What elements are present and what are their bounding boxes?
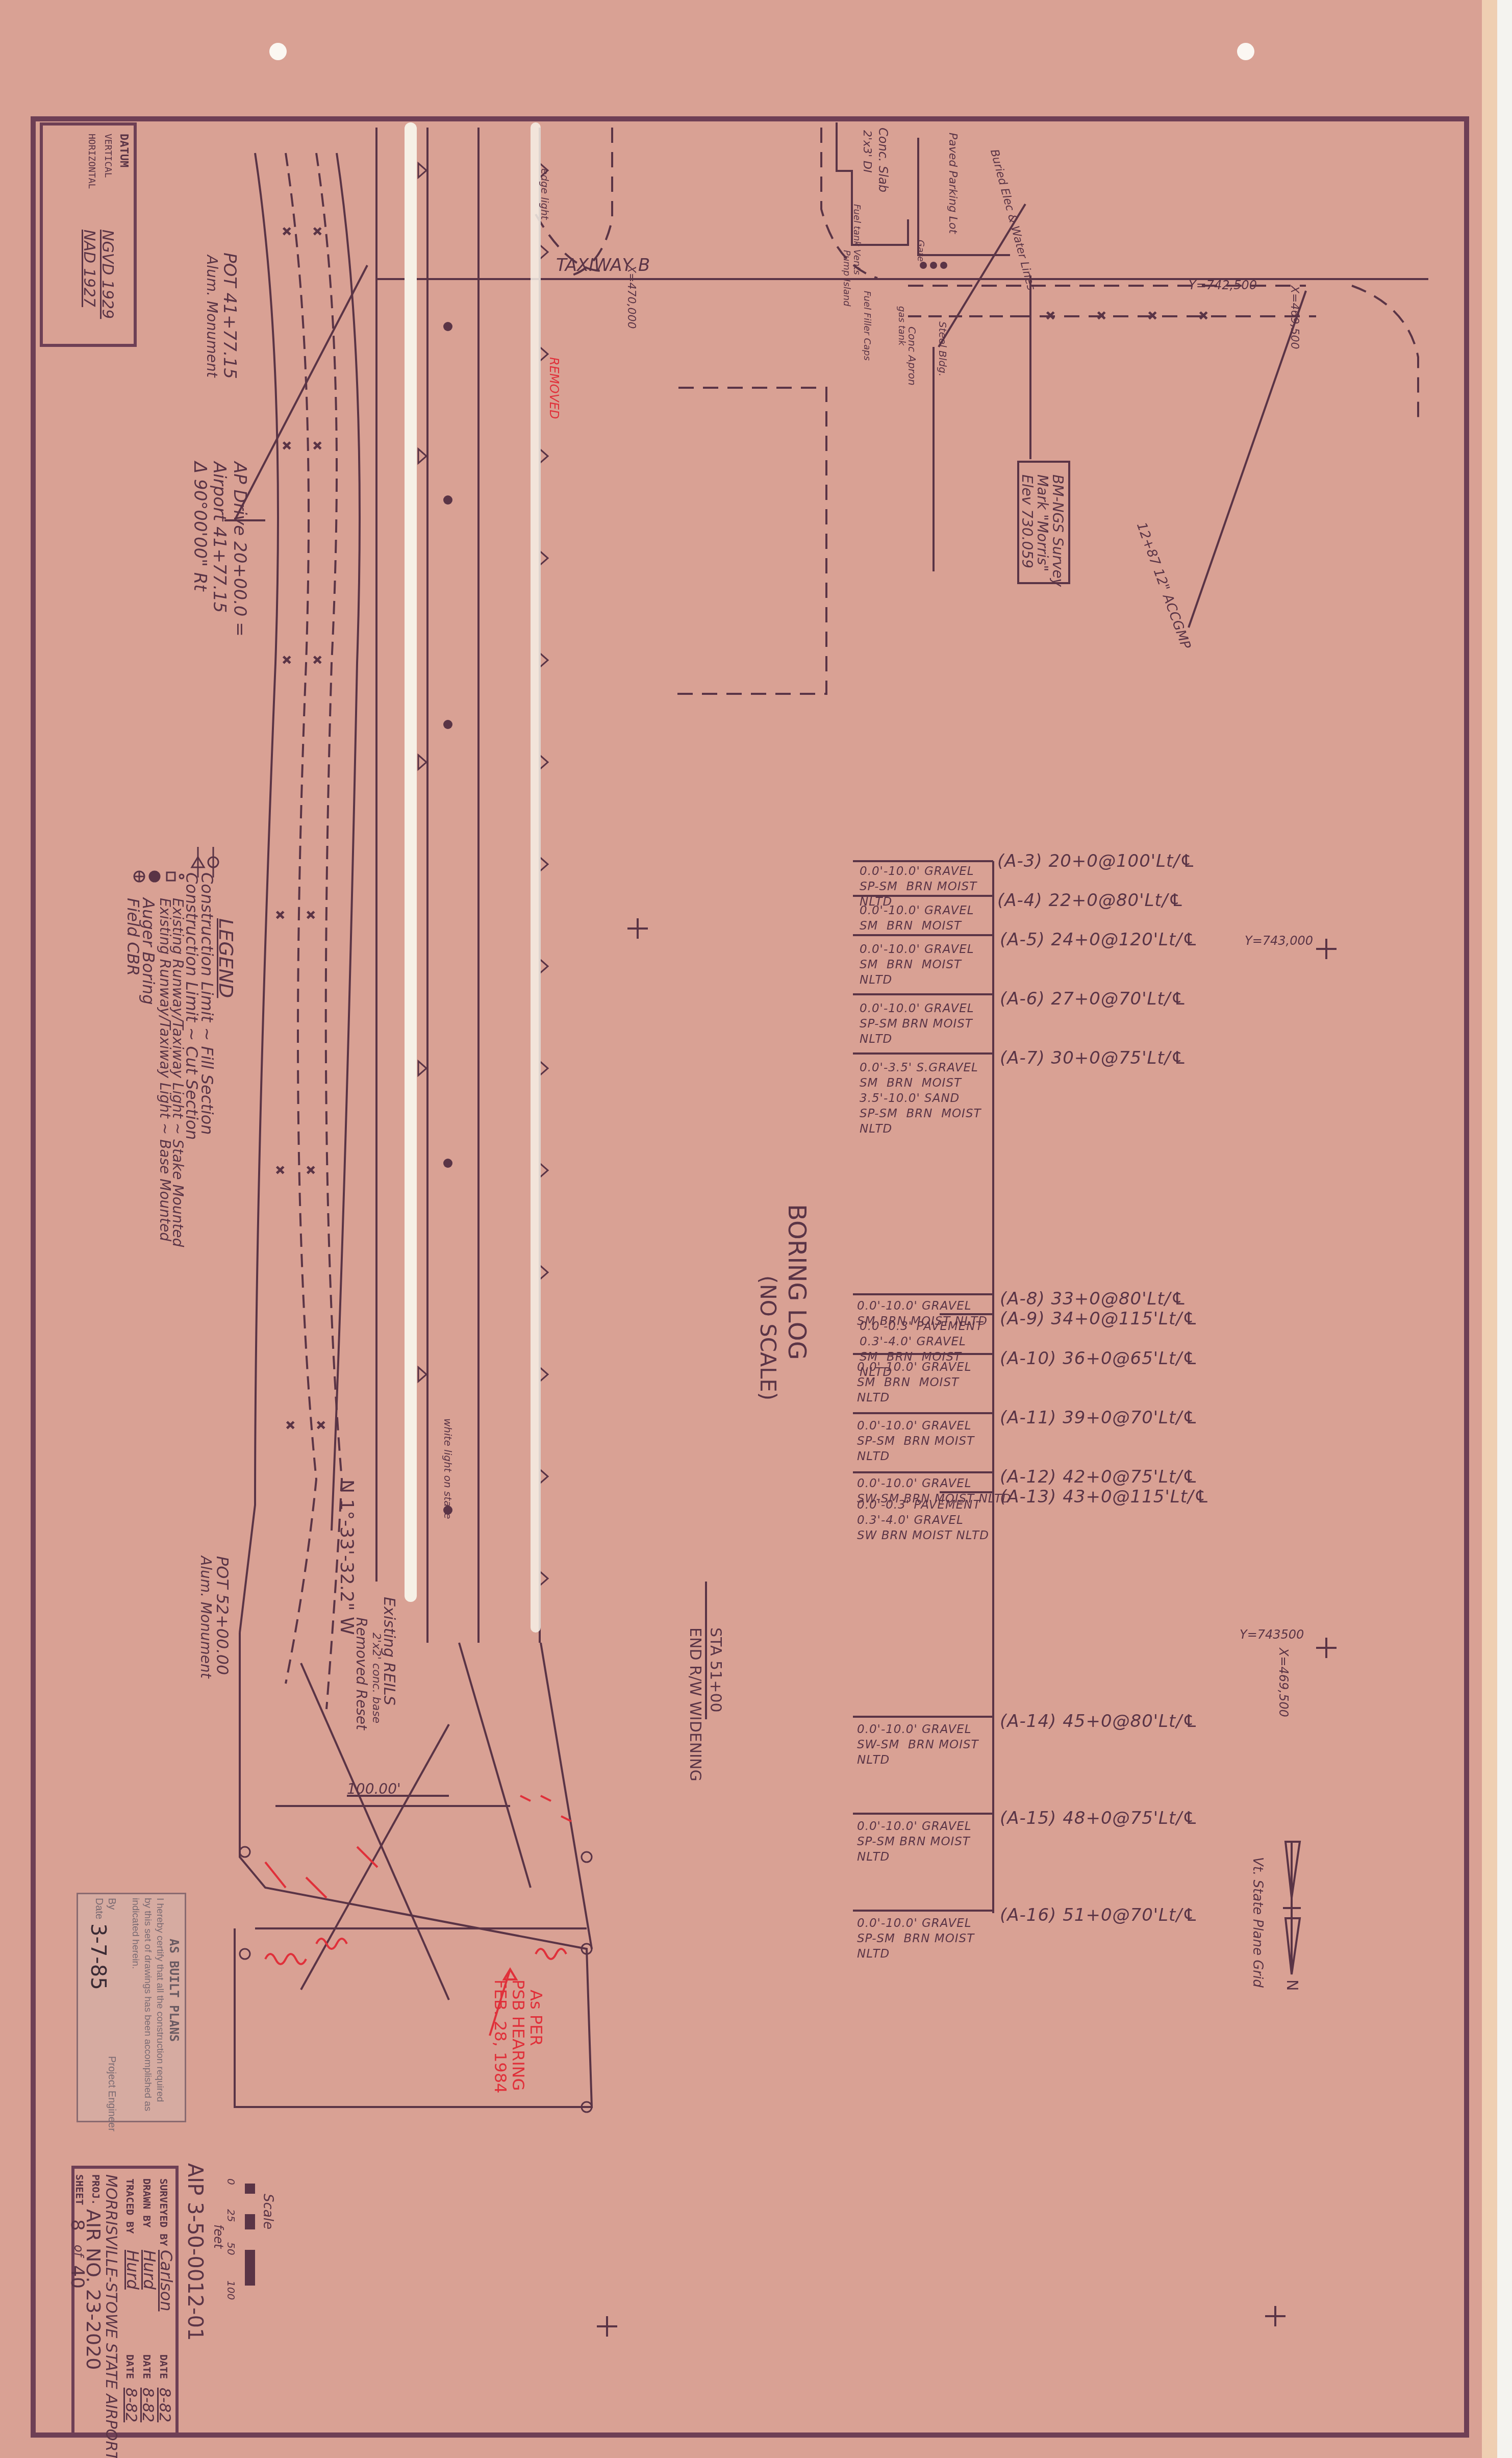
- scale-tick-50: 50: [225, 2242, 237, 2255]
- boring-label-a14: (A-14) 45+0@80'Lt/℄: [1000, 1711, 1198, 1732]
- as-built-date: 3-7-85: [86, 1923, 110, 1990]
- boring-label-a11: (A-11) 39+0@70'Lt/℄: [1000, 1408, 1198, 1428]
- sheet-label: SHEET: [73, 2174, 86, 2205]
- as-built-by-label: By: [106, 1898, 117, 1910]
- boring-log-lines: [0, 0, 1512, 2458]
- surveyed-date-label: DATE: [158, 2354, 170, 2379]
- boring-desc-a6: 0.0'-10.0' GRAVEL SP-SM BRN MOIST NLTD: [860, 1001, 974, 1047]
- drawn-by-label: DRAWN BY: [141, 2178, 153, 2227]
- traced-by-label: TRACED BY: [124, 2178, 136, 2234]
- surveyed-by-value: Carlson: [157, 2250, 176, 2312]
- scale-tick-25: 25: [225, 2209, 237, 2222]
- boring-desc-a16: 0.0'-10.0' GRAVEL SP-SM BRN MOIST NLTD: [857, 1916, 974, 1962]
- as-built-text: I hereby certify that all the constructi…: [129, 1898, 166, 2112]
- scale-title: Scale: [260, 2194, 275, 2229]
- surveyed-date-value: 8-82: [156, 2388, 173, 2422]
- boring-label-a12: (A-12) 42+0@75'Lt/℄: [1000, 1467, 1198, 1487]
- aip-number: AIP 3-50-0012-01: [183, 2163, 207, 2341]
- sheet-total: 40: [67, 2265, 88, 2289]
- scale-tick-0: 0: [225, 2178, 237, 2185]
- boring-desc-a13: 0.0'-0.3' PAVEMENT 0.3'-4.0' GRAVEL SW B…: [857, 1497, 989, 1543]
- traced-by-value: Hurd: [123, 2250, 142, 2290]
- boring-desc-a5: 0.0'-10.0' GRAVEL SM BRN MOIST NLTD: [860, 942, 974, 988]
- scale-unit: feet: [211, 2224, 225, 2248]
- project-number: AIR NO. 23-2020: [82, 2209, 105, 2370]
- boring-desc-a4: 0.0'-10.0' GRAVEL SM BRN MOIST: [860, 903, 974, 934]
- boring-label-a5: (A-5) 24+0@120'Lt/℄: [1000, 930, 1198, 950]
- boring-desc-a7: 0.0'-3.5' S.GRAVEL SM BRN MOIST 3.5'-10.…: [860, 1060, 981, 1137]
- scale-tick-100: 100: [225, 2280, 237, 2300]
- boring-desc-a10: 0.0'-10.0' GRAVEL SM BRN MOIST NLTD: [857, 1360, 972, 1406]
- boring-label-a7: (A-7) 30+0@75'Lt/℄: [1000, 1048, 1187, 1068]
- sheet-of: of: [71, 2245, 86, 2256]
- boring-label-a4: (A-4) 22+0@80'Lt/℄: [997, 890, 1185, 911]
- as-built-role: Project Engineer: [106, 2056, 117, 2131]
- drawn-by-value: Hurd: [140, 2250, 159, 2290]
- boring-label-a10: (A-10) 36+0@65'Lt/℄: [1000, 1348, 1198, 1369]
- boring-label-a8: (A-8) 33+0@80'Lt/℄: [1000, 1289, 1187, 1309]
- drawn-date-value: 8-82: [139, 2388, 157, 2422]
- as-built-date-label: Date: [93, 1898, 105, 1919]
- traced-date-label: DATE: [124, 2354, 136, 2379]
- surveyed-by-label: SURVEYED BY: [158, 2178, 170, 2246]
- boring-desc-a14: 0.0'-10.0' GRAVEL SW-SM BRN MOIST NLTD: [857, 1722, 979, 1768]
- sheet-number: 8: [67, 2219, 88, 2231]
- boring-label-a9: (A-9) 34+0@115'Lt/℄: [1000, 1309, 1198, 1329]
- boring-label-a3: (A-3) 20+0@100'Lt/℄: [997, 851, 1196, 871]
- drawn-date-label: DATE: [141, 2354, 153, 2379]
- project-label: PROJ.: [90, 2174, 102, 2205]
- boring-label-a13: (A-13) 43+0@115'Lt/℄: [1000, 1487, 1210, 1507]
- boring-desc-a11: 0.0'-10.0' GRAVEL SP-SM BRN MOIST NLTD: [857, 1418, 974, 1464]
- project-title: MORRISVILLE-STOWE STATE AIRPORT: [102, 2174, 120, 2458]
- boring-desc-a15: 0.0'-10.0' GRAVEL SP-SM BRN MOIST NLTD: [857, 1819, 972, 1865]
- traced-date-value: 8-82: [122, 2388, 140, 2422]
- as-built-title: AS BUILT PLANS: [167, 1939, 181, 2042]
- boring-label-a15: (A-15) 48+0@75'Lt/℄: [1000, 1808, 1198, 1828]
- boring-label-a6: (A-6) 27+0@70'Lt/℄: [1000, 989, 1187, 1009]
- boring-label-a16: (A-16) 51+0@70'Lt/℄: [1000, 1905, 1198, 1925]
